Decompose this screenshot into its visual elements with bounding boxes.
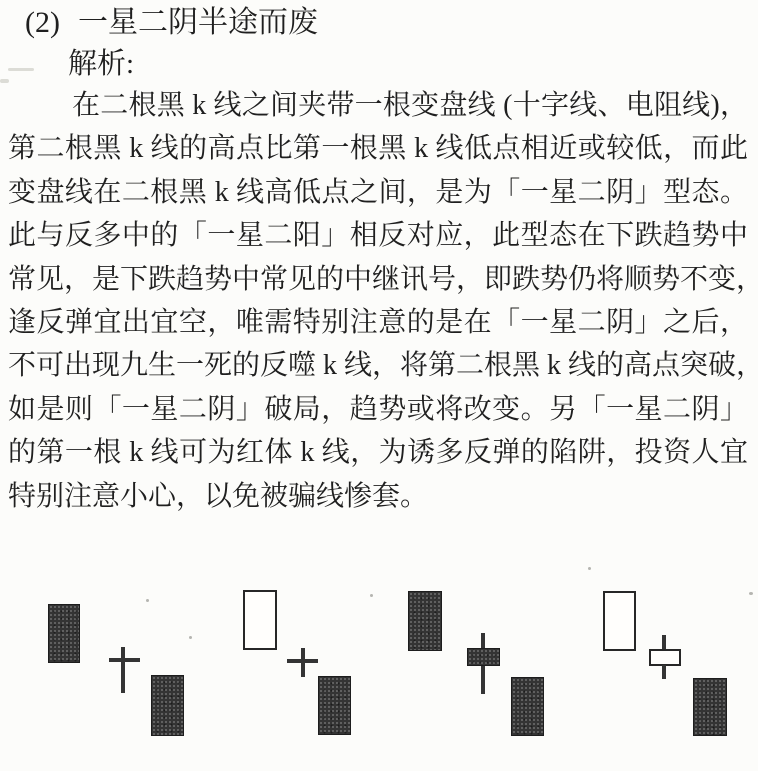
black-candle <box>151 675 184 736</box>
black-candle <box>408 591 442 651</box>
black-candle <box>511 677 544 736</box>
scan-speck <box>189 636 192 639</box>
black-candle <box>48 604 80 663</box>
scan-artifact <box>8 68 34 71</box>
spinning-top-lower-wick <box>662 665 666 679</box>
scan-speck <box>370 594 373 597</box>
candlestick-diagram <box>0 0 758 771</box>
doji-cross-vbar <box>301 648 305 677</box>
scan-artifact <box>0 79 9 83</box>
spinning-top-black-body <box>467 648 500 666</box>
black-candle <box>318 676 351 735</box>
spinning-top-white-body <box>649 649 681 666</box>
white-candle <box>243 590 277 650</box>
scan-speck <box>749 592 753 595</box>
black-candle <box>693 678 727 736</box>
book-page: (2) 一星二阴半途而废 解析: 在二根黑 k 线之间夹带一根变盘线 (十字线、… <box>0 0 758 771</box>
scan-speck <box>146 599 149 602</box>
scan-speck <box>588 567 591 570</box>
doji-cross-vbar <box>121 647 125 693</box>
spinning-top-upper-wick <box>662 635 666 650</box>
white-candle <box>603 591 636 651</box>
